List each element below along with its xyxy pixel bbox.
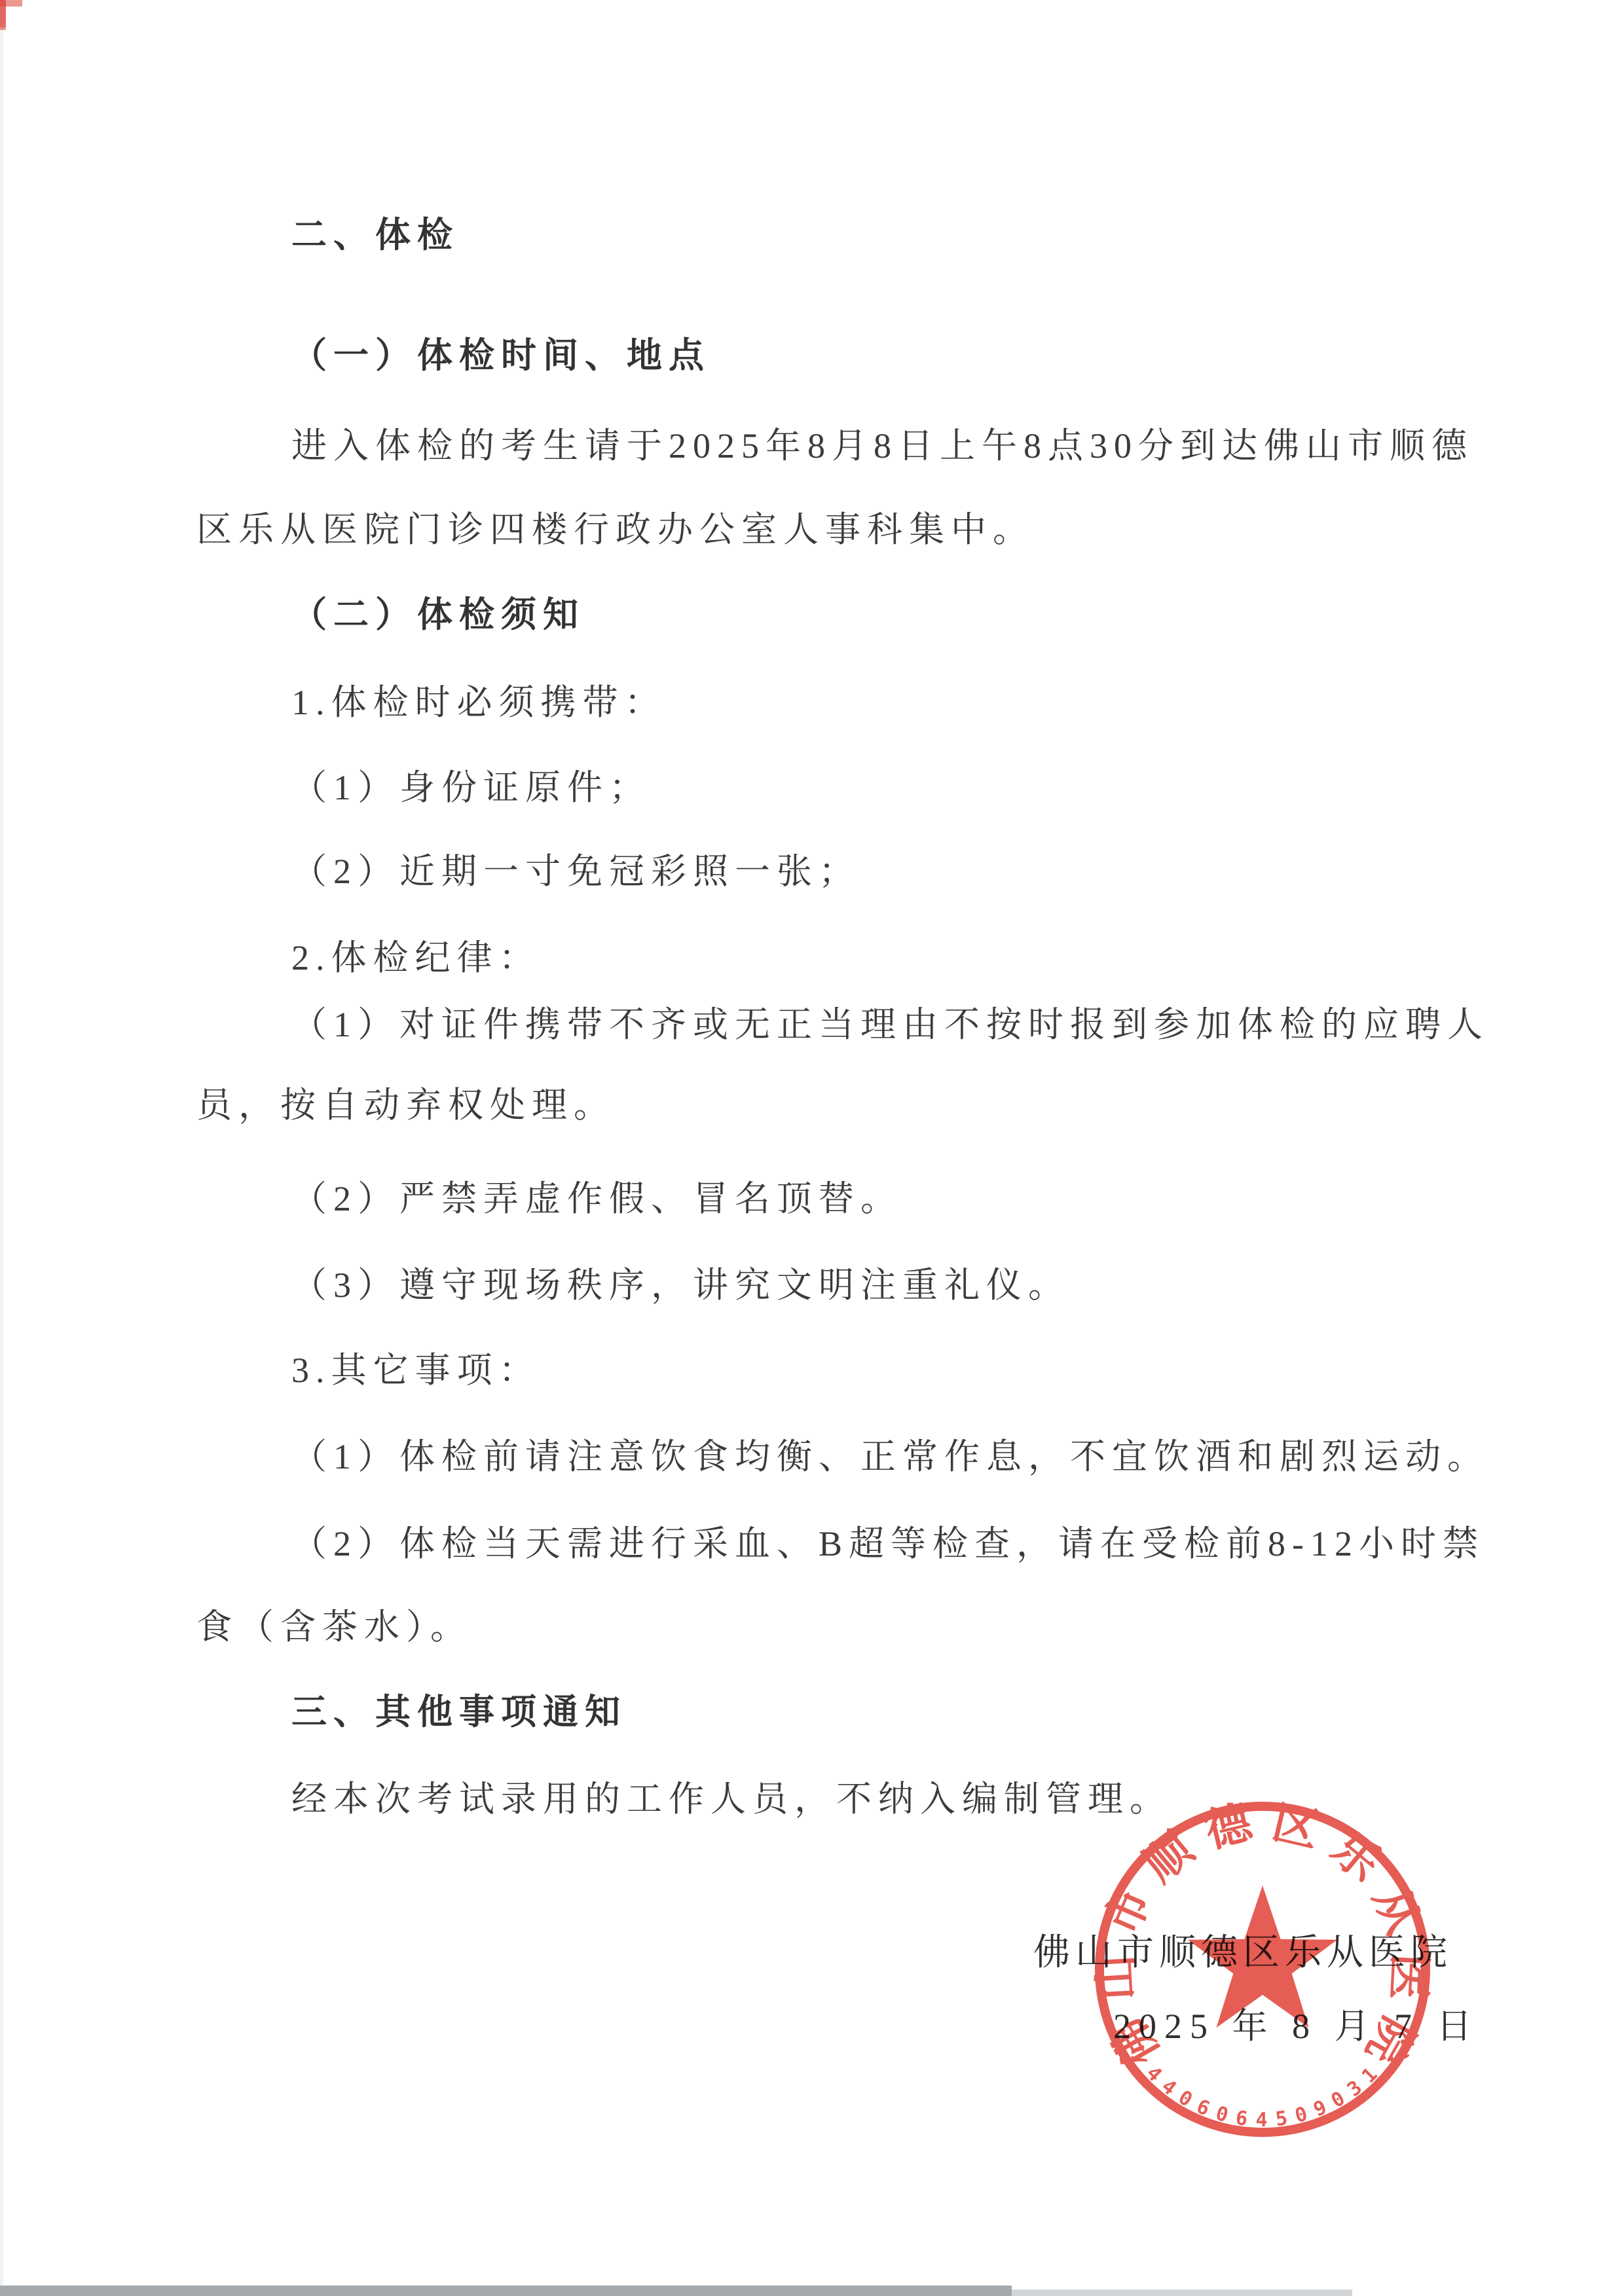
- section-heading: 三、其他事项通知: [291, 1690, 627, 1734]
- subsection-heading: （一）体检时间、地点: [291, 334, 710, 377]
- scan-edge-strip: [0, 0, 3, 2296]
- scan-bottom-shadow: [1012, 2289, 1352, 2296]
- list-item: （1）身份证原件；: [291, 766, 651, 809]
- section-heading: 二、体检: [291, 213, 459, 257]
- seal-star-icon: [1188, 1886, 1337, 2028]
- list-item: 2.体检纪律：: [291, 936, 541, 979]
- list-item: 1.体检时必须携带：: [291, 681, 667, 724]
- text-line: 食（含茶水）。: [196, 1605, 472, 1649]
- list-item: （2）严禁弄虚作假、冒名顶替。: [291, 1177, 902, 1220]
- list-item: （1）体检前请注意饮食均衡、正常作息，不宜饮酒和剧烈运动。: [291, 1435, 1489, 1478]
- seal-number: 4406064509031: [1141, 2062, 1382, 2132]
- list-item: 3.其它事项：: [291, 1349, 541, 1392]
- document-page: 二、体检 （一）体检时间、地点 进入体检的考生请于2025年8月8日上午8点30…: [0, 0, 1624, 2296]
- list-item: （3）遵守现场秩序，讲究文明注重礼仪。: [291, 1264, 1070, 1307]
- list-item: （1）对证件携带不齐或无正当理由不按时报到参加体检的应聘人: [291, 1003, 1489, 1046]
- text-line: 员，按自动弃权处理。: [196, 1084, 616, 1127]
- text-line: 进入体检的考生请于2025年8月8日上午8点30分到达佛山市顺德: [291, 424, 1473, 467]
- list-item: （2）体检当天需进行采血、B超等检查，请在受检前8-12小时禁: [291, 1522, 1485, 1565]
- text-line: 经本次考试录用的工作人员，不纳入编制管理。: [291, 1777, 1172, 1821]
- scan-bottom-shadow: [0, 2286, 1012, 2296]
- text-line: 区乐从医院门诊四楼行政办公室人事科集中。: [196, 508, 1035, 551]
- svg-text:4406064509031: 4406064509031: [1141, 2062, 1382, 2132]
- subsection-heading: （二）体检须知: [291, 593, 585, 636]
- list-item: （2）近期一寸免冠彩照一张；: [291, 850, 860, 893]
- scan-red-artifact: [0, 0, 6, 30]
- official-seal: 佛山市顺德区乐从医院 4406064509031: [1079, 1786, 1446, 2153]
